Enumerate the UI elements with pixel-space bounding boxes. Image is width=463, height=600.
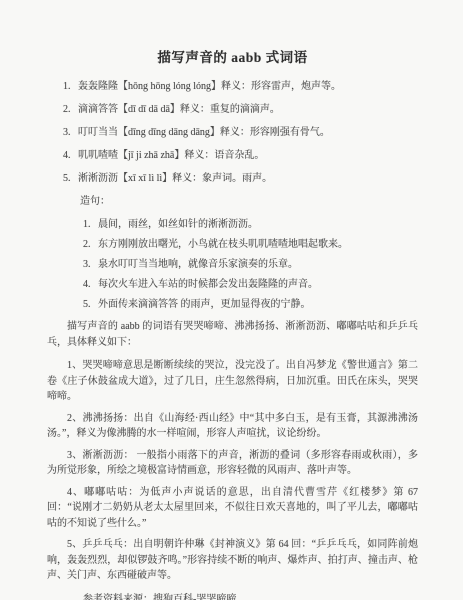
sentence-text: 东方刚刚放出曙光，小鸟就在枝头叽叽喳喳地唱起歌来。 xyxy=(98,239,348,250)
list-number: 3. xyxy=(83,259,92,270)
definitions-list: 1.轰轰隆隆【hōng hōng lóng lóng】释义：形容雷声，炮声等。 … xyxy=(47,81,418,184)
definition-item: 3.叮叮当当【dīng dīng dāng dāng】释义：形容刚强有骨气。 xyxy=(63,127,418,138)
sentence-item: 4.每次火车进入车站的时候都会发出轰隆隆的声音。 xyxy=(83,279,418,290)
list-number: 2. xyxy=(63,104,72,115)
definition-item: 2.滴滴答答【dī dī dā dā】释义：重复的滴滴声。 xyxy=(63,104,418,115)
summary-paragraph: 描写声音的 aabb 的词语有哭哭啼啼、沸沸扬扬、淅淅沥沥、嘟嘟咕咕和乒乒乓乓，… xyxy=(47,319,418,350)
list-number: 1. xyxy=(83,219,92,230)
sentence-section-heading: 造句： xyxy=(80,196,418,207)
list-number: 5. xyxy=(63,173,72,184)
definition-text: 滴滴答答【dī dī dā dā】释义：重复的滴滴声。 xyxy=(78,104,280,115)
reference-source: 参考资料来源：搜狗百科-哭哭啼啼 xyxy=(83,594,418,600)
explanation-paragraph: 1、哭哭啼啼意思是断断续续的哭泣，没完没了。出自冯梦龙《警世通言》第二卷《庄子休… xyxy=(47,358,418,405)
list-number: 4. xyxy=(63,150,72,161)
sentences-list: 1.晨间，雨丝，如丝如针的淅淅沥沥。 2.东方刚刚放出曙光，小鸟就在枝头叽叽喳喳… xyxy=(47,219,418,310)
sentence-item: 1.晨间，雨丝，如丝如针的淅淅沥沥。 xyxy=(83,219,418,230)
list-number: 2. xyxy=(83,239,92,250)
explanation-paragraph: 3、淅淅沥沥： 一般指小雨落下的声音，淅沥的叠词（多形容春雨或秋雨），多为所觉形… xyxy=(47,448,418,479)
definition-text: 轰轰隆隆【hōng hōng lóng lóng】释义：形容雷声，炮声等。 xyxy=(78,81,341,92)
sentence-text: 泉水叮叮当当地响，就像音乐家演奏的乐章。 xyxy=(98,259,298,270)
page-title: 描写声音的 aabb 式词语 xyxy=(47,46,418,66)
sentence-text: 每次火车进入车站的时候都会发出轰隆隆的声音。 xyxy=(98,279,318,290)
sentence-text: 晨间，雨丝，如丝如针的淅淅沥沥。 xyxy=(98,219,258,230)
explanation-paragraph: 4、嘟嘟咕咕：为低声小声说话的意思，出自清代曹雪芹《红楼梦》第 67 回：“说刚… xyxy=(47,485,418,532)
list-number: 1. xyxy=(63,81,72,92)
definition-item: 4.叽叽喳喳【jī ji zhā zhā】释义：语音杂乱。 xyxy=(63,150,418,161)
definition-text: 淅淅沥沥【xī xī lì lì】释义：象声词。雨声。 xyxy=(78,173,272,184)
definition-item: 5.淅淅沥沥【xī xī lì lì】释义：象声词。雨声。 xyxy=(63,173,418,184)
list-number: 3. xyxy=(63,127,72,138)
list-number: 4. xyxy=(83,279,92,290)
list-number: 5. xyxy=(83,299,92,310)
definition-text: 叮叮当当【dīng dīng dāng dāng】释义：形容刚强有骨气。 xyxy=(78,127,330,138)
sentence-item: 5.外面传来滴滴答答 的雨声，更加显得夜的宁静。 xyxy=(83,299,418,310)
definition-text: 叽叽喳喳【jī ji zhā zhā】释义：语音杂乱。 xyxy=(78,150,264,161)
document-page: 描写声音的 aabb 式词语 1.轰轰隆隆【hōng hōng lóng lón… xyxy=(0,0,463,600)
explanation-paragraph: 2、沸沸扬扬：出自《山海经·西山经》中“其中多白玉，是有玉膏，其源沸沸汤汤。”，… xyxy=(47,411,418,442)
sentence-item: 3.泉水叮叮当当地响，就像音乐家演奏的乐章。 xyxy=(83,259,418,270)
sentence-text: 外面传来滴滴答答 的雨声，更加显得夜的宁静。 xyxy=(98,299,311,310)
sentence-item: 2.东方刚刚放出曙光，小鸟就在枝头叽叽喳喳地唱起歌来。 xyxy=(83,239,418,250)
explanations-section: 1、哭哭啼啼意思是断断续续的哭泣，没完没了。出自冯梦龙《警世通言》第二卷《庄子休… xyxy=(47,358,418,584)
explanation-paragraph: 5、乒乒乓乓：出自明朝许仲琳《封神演义》第 64 回：“乒乒乓乓，如同阵前炮响，… xyxy=(47,537,418,584)
definition-item: 1.轰轰隆隆【hōng hōng lóng lóng】释义：形容雷声，炮声等。 xyxy=(63,81,418,92)
